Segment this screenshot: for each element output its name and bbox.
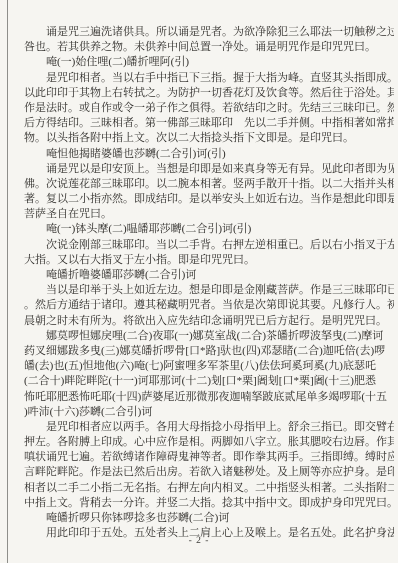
text-line: 唵(一)始住哩(二)皤折哩阿(引) [24, 55, 394, 70]
text-line: 唵皤折噜婆皤耶莎嚩(二合引)诃 [24, 268, 394, 283]
text-line: 娜莫啰怛娜戾哩(二合)夜耶(一)娜莫室战(二合)茶皤折啰波拏曳(二)摩诃 [24, 329, 394, 344]
text-line: 皤(去)也(五)怛地他(六)唵(七)阿蜜哩多军茶里(八)佉佉珂奚珂奚(九)底瑟吒 [24, 359, 394, 374]
text-line: 当以是印举于头上如近左边。想是印即是金刚藏菩萨。作是三三昧耶印已 [24, 283, 394, 298]
text-line: 次说金刚部三昧耶印。当以二手背。右押左逆相重已。后以右小指叉于左 [24, 238, 394, 253]
text-line: (二合十)畔陀畔陀(十一)诃耶那诃(十二)刬[口*栗]阇刬[口*栗]阇(十三)肥… [24, 374, 394, 389]
text-line: 是咒印相者。当以右手中指已下三指。握于大指为峰。直竖其头指即成。 [24, 71, 394, 86]
text-line: 中指上文。背稍去一分许。并竖二大指。捻其中指中文。即成护身印咒咒曰。 [24, 496, 394, 511]
text-line: 后方得结印。三昧相者。第一佛部三昧耶印 先以二手并侧。中指相著如常拘 [24, 116, 394, 131]
text-line: 相者以二手二小指二无名指。右押左向内相叉。二中指竖头相著。二头指附二 [24, 481, 394, 496]
page-edge-rule [7, 0, 8, 563]
text-line: 咎也。若其供养之物。未供养中间总置一净处。诵是明咒作是印咒咒曰。 [24, 40, 394, 55]
text-line: 。然后方通结于诸印。遵其秘藏明咒者。当依是次第即说其要。凡修行人。初 [24, 298, 394, 313]
text-line: )吽沛(十六)莎嚩(二合引)诃 [24, 405, 394, 420]
text-line: 作是法时。或自作或令一弟子作之俱得。若欲结印之时。先结三三昧印已。然 [24, 101, 394, 116]
text-line: 以此印印于其物上右转拭之。为防护一切香花灯及饮食等。然后往于浴处。其 [24, 86, 394, 101]
scanned-sutra-page: 诵是咒三遍洗诸供具。所以诵是咒者。为欲净除犯三么耶法一切触秽之过咎也。若其供养之… [0, 0, 398, 563]
text-line: 唵(一)钵头摩(二)嗢皤耶莎嚩(二合引)诃(引) [24, 222, 394, 237]
text-line: 佛。次说莲花部三昧耶印。以二腕本相著。竖两手散开十指。以二大指并头相 [24, 177, 394, 192]
text-line: 诵是咒以是印安顶上。当想是印即是如来真身等无有异。见此印者即为见 [24, 162, 394, 177]
text-line: 药叉细娜跋多曳(三)娜莫皤折啰骨[口*路]驮也(四)邓瑟睹(二合)迦吒倍(去)啰 [24, 344, 394, 359]
text-line: 菩萨圣自在咒曰。 [24, 207, 394, 222]
page-number: - 2 - [0, 536, 398, 546]
text-line: 诵是咒三遍洗诸供具。所以诵是咒者。为欲净除犯三么耶法一切触秽之过 [24, 25, 394, 40]
text-line: 大指。又以右大指叉于左小指。即是印咒咒曰。 [24, 253, 394, 268]
text-line: 唵怛他揭睹婆皤也莎嚩(二合引)诃(引) [24, 147, 394, 162]
text-line: 物。以头指各附中指上文。次以二大指捻头指下文即是。是印咒曰。 [24, 131, 394, 146]
text-line: 是咒印相者应以两手。各用大母指捻小母指甲上。舒余三指已。即交臂右 [24, 420, 394, 435]
text-line: 著。复以二小指亦然。即成结印。是以举安头上如近右边。当作是想此印即是 [24, 192, 394, 207]
text-line: 晨朝之时未有所为。将欲出入应先结印念诵明咒已后方起行。是明咒咒曰。 [24, 314, 394, 329]
text-line: 押左。各附膊上印成。心中应作是相。两脚如八字立。胀其腮咬右边唇。作其 [24, 435, 394, 450]
text-line: 怖吒耶肥悉怖吒耶(十四)萨婆尾近那微那夜迦喃拏跛底贰尾单多竭啰耶(十五 [24, 390, 394, 405]
text-line: 言畔陀畔陀。作是法已然后出房。若欲入诸魅秽处。及上厕等亦应护身。是印 [24, 465, 394, 480]
text-line: 嗔状诵咒七遍。若欲缚诸作障碍鬼神等者。即作拳其两手。三指即缚。缚时应 [24, 450, 394, 465]
text-line: 唵皤折啰只你钵啰捻多也莎嚩(二合)诃 [24, 511, 394, 526]
text-block: 诵是咒三遍洗诸供具。所以诵是咒者。为欲净除犯三么耶法一切触秽之过咎也。若其供养之… [24, 25, 394, 541]
